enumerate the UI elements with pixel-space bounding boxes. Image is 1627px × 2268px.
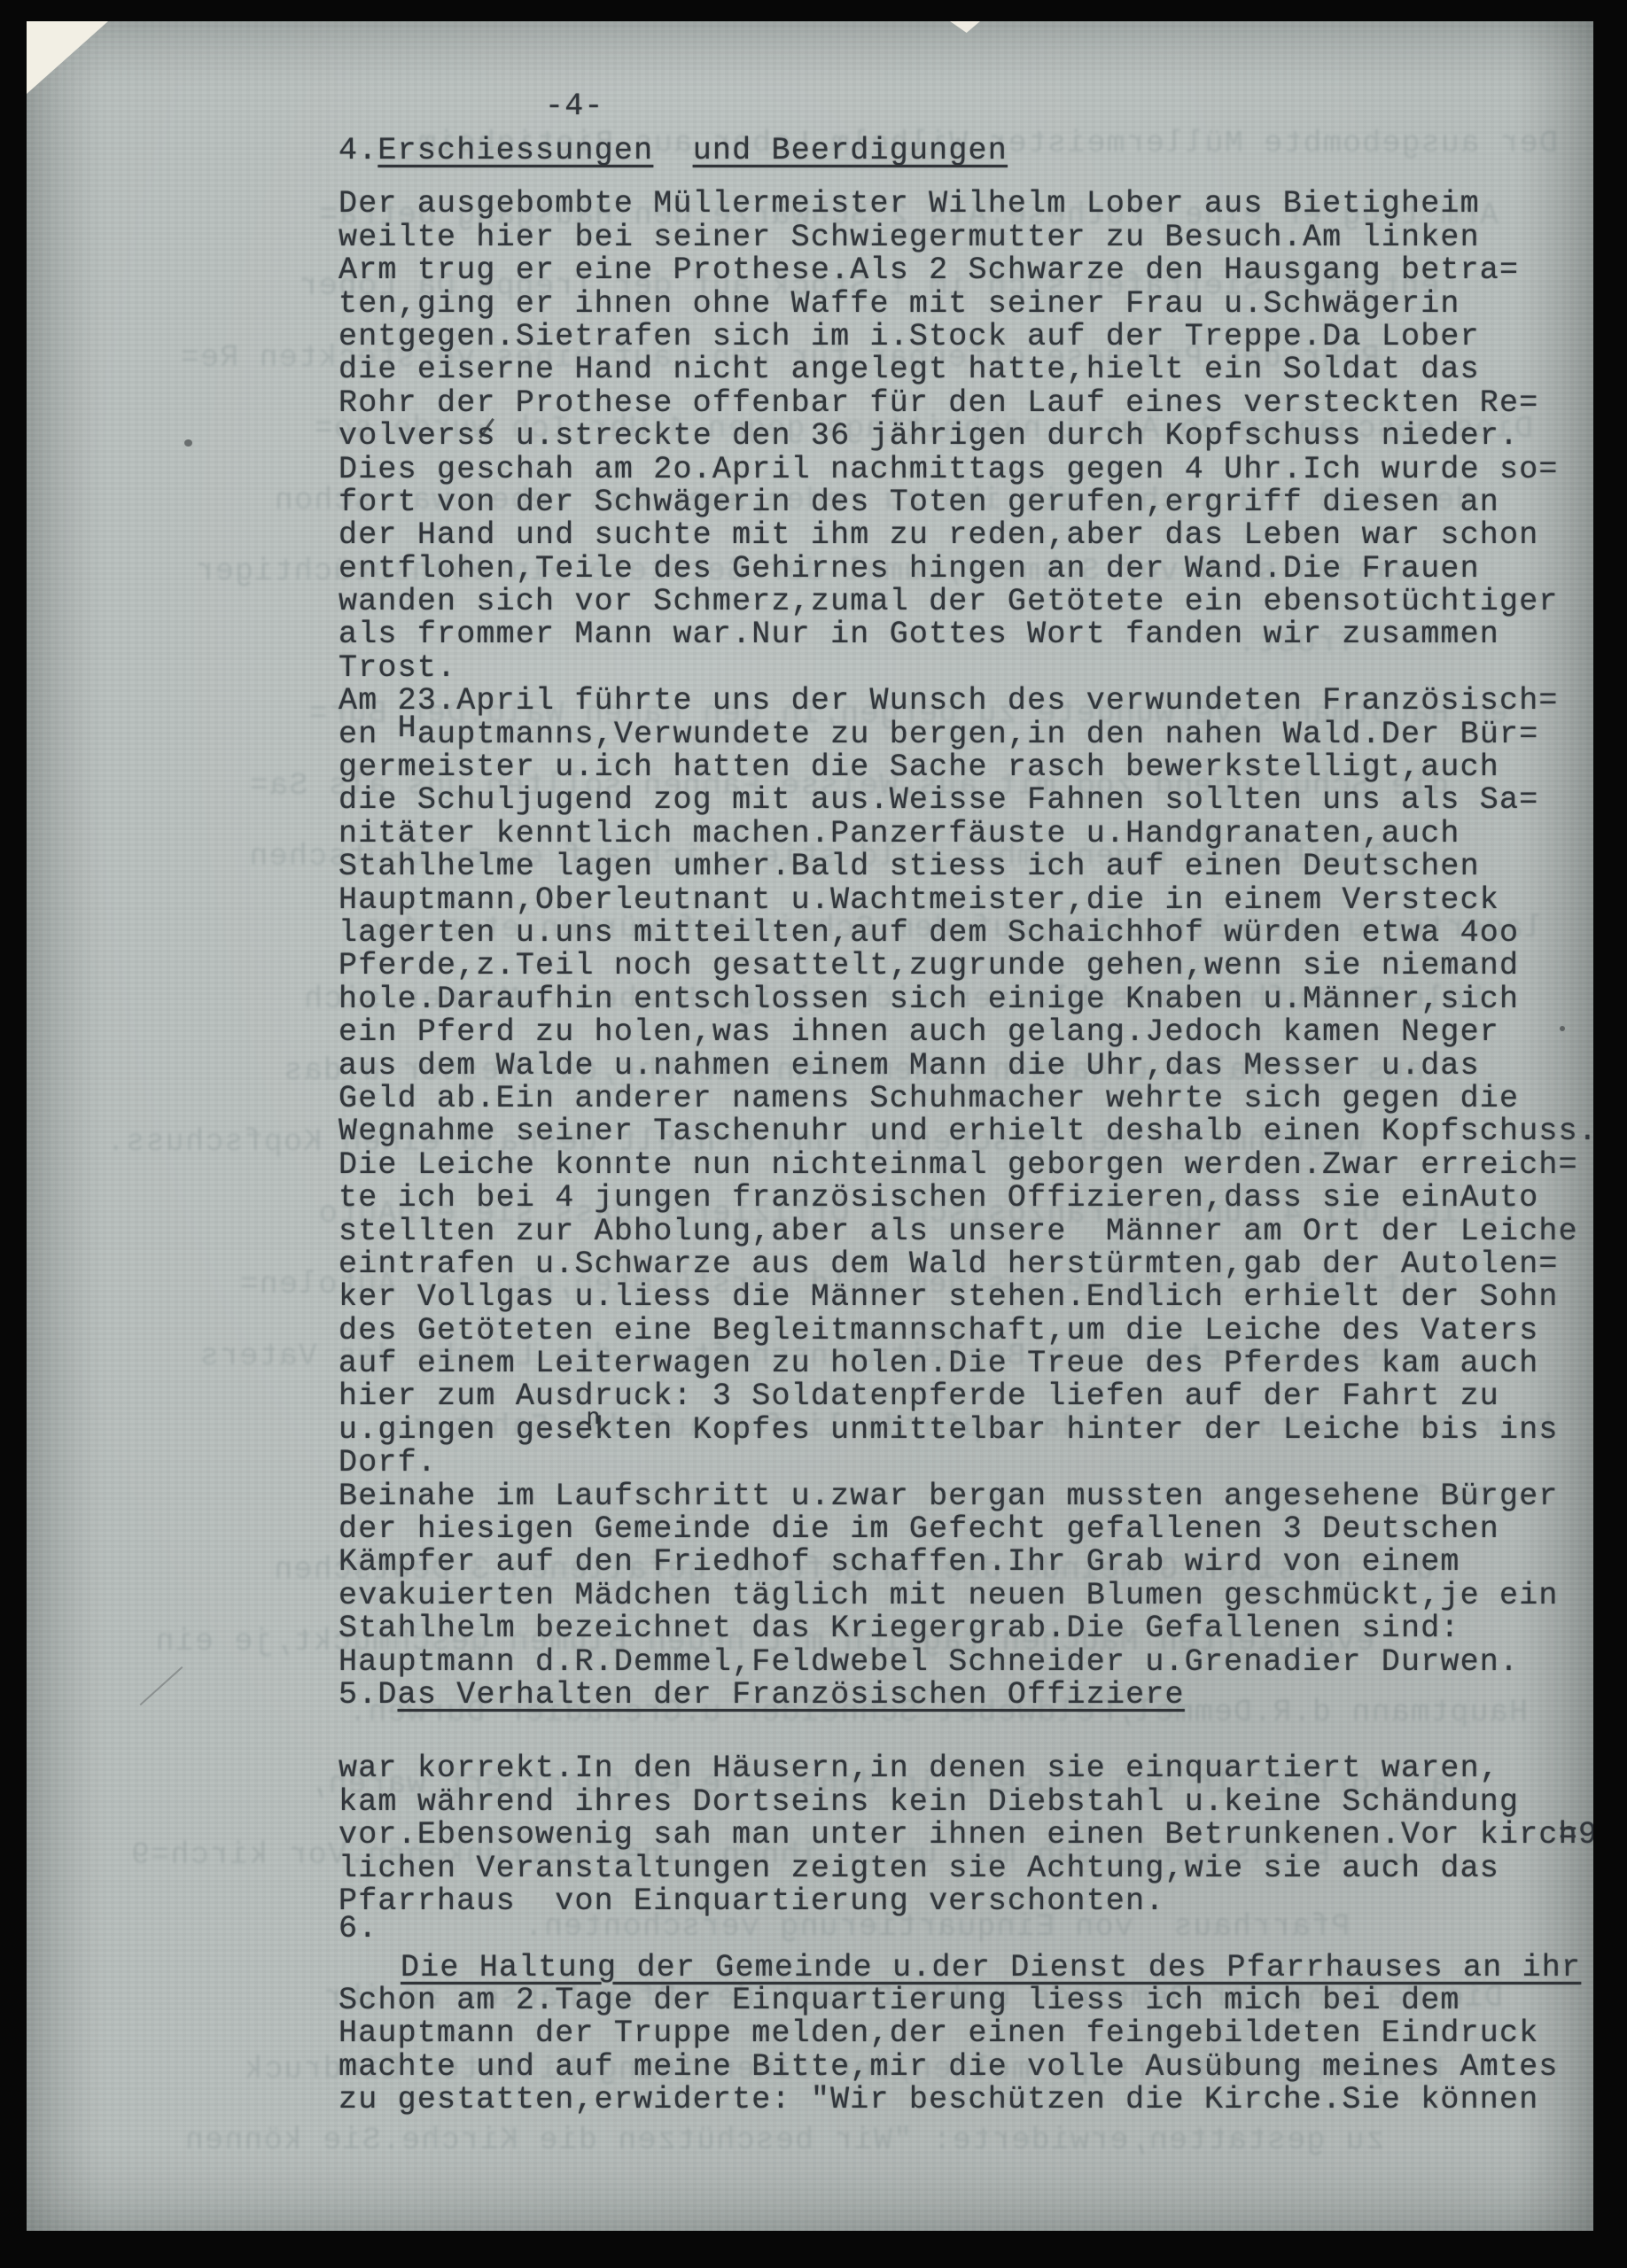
text-line: hole.Daraufhin entschlossen sich einige … [339, 983, 1593, 1016]
text-segment: Die Haltung der Gemeinde u.der Dienst de… [401, 1950, 1581, 1985]
text-line: Am 23.April führte uns der Wunsch des ve… [339, 685, 1593, 718]
text-line: ten,ging er ihnen ohne Waffe mit seiner … [339, 288, 1593, 321]
text-line: kam während ihres Dortseins kein Diebsta… [339, 1786, 1593, 1819]
paper-nick [950, 21, 980, 33]
text-line: der Hand und suchte mit ihm zu reden,abe… [339, 519, 1593, 552]
scanned-document-page: { "document": { "page_number": "-4-", "c… [0, 0, 1627, 2268]
text-segment: u.streckte den 36 jährigen durch Kopfsch… [496, 418, 1520, 454]
text-segment: as Verhalten der Französischen Offiziere [398, 1677, 1185, 1713]
text-line: Beinahe im Laufschritt u.zwar bergan mus… [339, 1480, 1593, 1513]
text-line: germeister u.ich hatten die Sache rasch … [339, 751, 1593, 784]
text-segment: kten Kopfes unmittelbar hinter der Leich… [595, 1412, 1559, 1448]
text-line: Hauptmann der Truppe melden,der einen fe… [339, 2017, 1593, 2050]
text-segment: H [398, 712, 417, 745]
text-line: lagerten u.uns mitteilten,auf dem Schaic… [339, 917, 1593, 950]
text-line: ker Vollgas u.liess die Männer stehen.En… [339, 1281, 1593, 1314]
section-heading-line: 5.Das Verhalten der Französischen Offizi… [339, 1679, 1593, 1712]
text-line: die eiserne Hand nicht angelegt hatte,hi… [339, 353, 1593, 386]
text-line: Dies geschah am 2o.April nachmittags geg… [339, 454, 1593, 486]
text-line: nitäter kenntlich machen.Panzerfäuste u.… [339, 818, 1593, 850]
text-line: vor.Ebensowenig sah man unter ihnen eine… [339, 1819, 1593, 1852]
ink-speck [1560, 1026, 1565, 1031]
bleed-through-text: zu gestatten,erwiderte: "Wir beschützen … [184, 2123, 1384, 2158]
text-line: te ich bei 4 jungen französischen Offizi… [339, 1182, 1593, 1215]
text-line: machte und auf meine Bitte,mir die volle… [339, 2051, 1593, 2084]
text-line: Arm trug er eine Prothese.Als 2 Schwarze… [339, 254, 1593, 287]
text-line: Dorf. [339, 1447, 1593, 1480]
text-line: ein Pferd zu holen,was ihnen auch gelang… [339, 1016, 1593, 1049]
text-segment: volvers [339, 418, 476, 454]
text-line: volverss u.streckte den 36 jährigen durc… [339, 420, 1593, 453]
text-segment: Erschiessungen [378, 133, 653, 168]
text-line: Der ausgebombte Müllermeister Wilhelm Lo… [339, 188, 1593, 221]
text-line: auf einem Leiterwagen zu holen.Die Treue… [339, 1348, 1593, 1380]
text-line: entgegen.Sietrafen sich im i.Stock auf d… [339, 321, 1593, 353]
text-line: aus dem Walde u.nahmen einem Mann die Uh… [339, 1050, 1593, 1083]
text-line: Wegnahme seiner Taschenuhr und erhielt d… [339, 1115, 1593, 1148]
text-line: lichen Veranstaltungen zeigten sie Achtu… [339, 1852, 1593, 1885]
typewritten-text: 4.Erschiessungen und BeerdigungenDer aus… [339, 135, 1593, 2117]
text-line: Geld ab.Ein anderer namens Schuhmacher w… [339, 1083, 1593, 1115]
text-line: war korrekt.In den Häusern,in denen sie … [339, 1752, 1593, 1785]
text-line: entflohen,Teile des Gehirnes hingen an d… [339, 553, 1593, 586]
text-segment: 5.D [339, 1677, 398, 1713]
text-line: evakuierten Mädchen täglich mit neuen Bl… [339, 1580, 1593, 1612]
text-line: Schon am 2.Tage der Einquartierung liess… [339, 1984, 1593, 2017]
text-segment: vor.Ebensowenig sah man unter ihnen eine… [339, 1817, 1578, 1852]
text-line: hier zum Ausdruck: 3 Soldatenpferde lief… [339, 1380, 1593, 1413]
text-segment: en [339, 717, 398, 752]
section-heading-line: Die Haltung der Gemeinde u.der Dienst de… [339, 1952, 1593, 1984]
text-line: Stahlhelm bezeichnet das Kriegergrab.Die… [339, 1612, 1593, 1645]
text-line: Die Leiche konnte nun nichteinmal geborg… [339, 1149, 1593, 1182]
text-line: Trost. [339, 652, 1593, 685]
scratch-mark [140, 1666, 183, 1705]
text-segment: und Beerdigungen [693, 133, 1008, 168]
text-line: zu gestatten,erwiderte: "Wir beschützen … [339, 2084, 1593, 2117]
text-line: weilte hier bei seiner Schwiegermutter z… [339, 221, 1593, 254]
text-segment: auptmanns,Verwundete zu bergen,in den na… [417, 717, 1539, 752]
text-line: die Schuljugend zog mit aus.Weisse Fahne… [339, 784, 1593, 817]
text-line: des Getöteten eine Begleitmannschaft,um … [339, 1315, 1593, 1348]
text-segment: u.gingen gese [339, 1412, 595, 1448]
ink-speck [184, 439, 192, 447]
text-line: 6. [339, 1913, 1593, 1946]
page-number: -4- [545, 89, 604, 124]
text-line: Stahlhelme lagen umher.Bald stiess ich a… [339, 850, 1593, 883]
text-line: Pferde,z.Teil noch gesattelt,zugrunde ge… [339, 950, 1593, 983]
folded-corner [27, 21, 108, 94]
paper-sheet: Der ausgebombte Müllermeister Wilhelm Lo… [27, 21, 1593, 2231]
text-line: Rohr der Prothese offenbar für den Lauf … [339, 387, 1593, 420]
text-line: Kämpfer auf den Friedhof schaffen.Ihr Gr… [339, 1546, 1593, 1579]
text-segment: s [476, 420, 495, 453]
text-line: stellten zur Abholung,aber als unsere Mä… [339, 1216, 1593, 1248]
section-heading-line: 4.Erschiessungen und Beerdigungen [339, 135, 1593, 167]
text-line: fort von der Schwägerin des Toten gerufe… [339, 486, 1593, 519]
text-line: en Hauptmanns,Verwundete zu bergen,in de… [339, 718, 1593, 751]
text-segment: 4. [339, 133, 378, 168]
text-line: der hiesigen Gemeinde die im Gefecht gef… [339, 1513, 1593, 1546]
text-line: eintrafen u.Schwarze aus dem Wald herstü… [339, 1248, 1593, 1281]
text-line: wanden sich vor Schmerz,zumal der Getöte… [339, 586, 1593, 618]
text-line: u.gingen gesenkten Kopfes unmittelbar hi… [339, 1414, 1593, 1447]
text-segment [653, 133, 692, 168]
text-line: als frommer Mann war.Nur in Gottes Wort … [339, 618, 1593, 651]
text-line: Hauptmann d.R.Demmel,Feldwebel Schneider… [339, 1646, 1593, 1679]
text-segment: =9 [1559, 1817, 1593, 1852]
text-line: Hauptmann,Oberleutnant u.Wachtmeister,di… [339, 884, 1593, 917]
